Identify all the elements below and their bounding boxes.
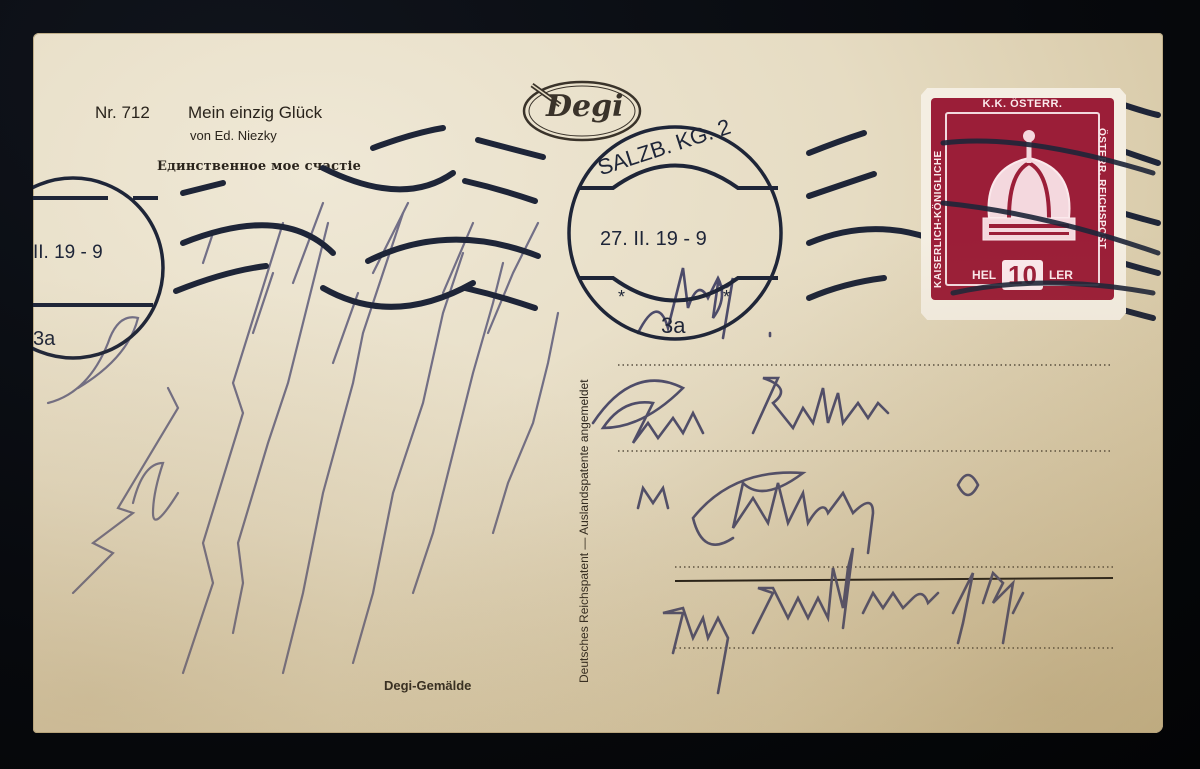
postmark-left-partial: II. 19 - 9 3a	[33, 178, 163, 358]
stamp-hel: HEL	[972, 268, 996, 282]
stamp-text-left: KAISERLICH-KÖNIGLICHE	[933, 150, 944, 288]
svg-text:*: *	[723, 287, 730, 307]
postmark-left-office: 3a	[33, 328, 56, 350]
pencil-message	[48, 203, 558, 673]
postmark-office: 3a	[661, 313, 686, 338]
stamp-ler: LER	[1049, 268, 1073, 282]
crown-icon	[969, 128, 1089, 248]
stamp-denomination: HEL 10 LER	[949, 260, 1096, 290]
pencil-address	[593, 268, 1023, 693]
stamp-text-top: K.K. ÖSTERR.	[931, 98, 1114, 110]
postmark-left-date: II. 19 - 9	[33, 242, 103, 263]
address-solid-line	[675, 578, 1113, 581]
postage-stamp: K.K. ÖSTERR. KAISERLICH-KÖNIGLICHE ÖSTER…	[921, 88, 1126, 320]
postmark-date: 27. II. 19 - 9	[600, 228, 707, 250]
stamp-text-right: ÖSTERR. REICHSPOST	[1096, 128, 1107, 249]
stamp-body: K.K. ÖSTERR. KAISERLICH-KÖNIGLICHE ÖSTER…	[931, 98, 1114, 300]
svg-text:*: *	[618, 287, 625, 307]
stamp-value: 10	[1002, 260, 1043, 290]
postcard: Nr. 712 Mein einzig Glück von Ed. Niezky…	[33, 33, 1163, 733]
